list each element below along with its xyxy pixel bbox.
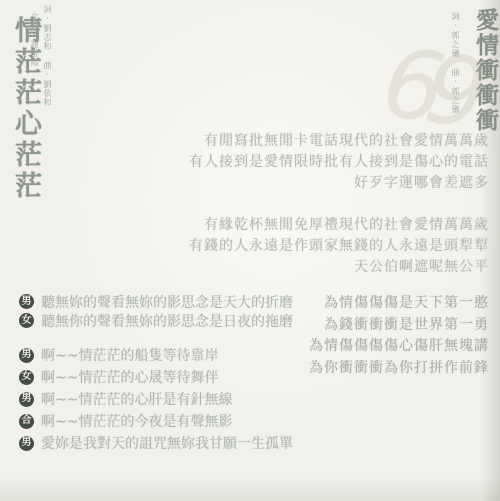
- lyric-line: 有緣乾杯無閒免厚禮現代的社會愛情萬萬歲: [189, 215, 489, 236]
- chorus-block-right: 為情傷傷傷是天下第一憨 為錢衝衝衝是世界第一勇 為情傷傷傷傷心傷肝無塊講 為你衝…: [309, 293, 489, 380]
- lyric-line: 為情傷傷傷是天下第一憨: [309, 293, 489, 315]
- duet-row: 男 愛妳是我對天的詛咒無妳我甘願一生孤單: [19, 432, 293, 454]
- song-left-credits-vocal: 女聲·謝雷霞: [29, 12, 40, 152]
- lyric-line: 為情傷傷傷傷心傷肝無塊講: [309, 336, 489, 358]
- role-badge-male: 男: [19, 436, 34, 451]
- lyric-line: 啊~~情茫茫的船隻等待靠岸: [41, 345, 218, 365]
- lyric-line: 愛妳是我對天的詛咒無妳我甘願一生孤單: [41, 433, 293, 453]
- lyric-line: 天公伯啊遮呢無公平: [189, 257, 489, 278]
- duet-block-1: 男 聽無妳的聲看無妳的影思念是天大的折磨 女 聽無你的聲看無妳的影思念是日夜的拖…: [19, 292, 293, 330]
- lyric-line: 聽無妳的聲看無妳的影思念是天大的折磨: [41, 292, 293, 312]
- lyric-line: 有錢的人永遠是作頭家無錢的人永遠是頭犁犁: [189, 236, 489, 257]
- lyric-line: 好歹字運哪會差遮多: [189, 173, 489, 194]
- song-left-credits-writer: 詞·劉志和 曲·劉依和: [42, 5, 53, 165]
- duet-row: 男 啊~~情茫茫的心肝是有針無線: [19, 388, 293, 410]
- role-badge-together: 合: [19, 414, 34, 429]
- lyric-line: 為錢衝衝衝是世界第一勇: [309, 315, 489, 337]
- duet-row: 女 聽無你的聲看無妳的影思念是日夜的拖磨: [19, 311, 293, 330]
- verse-block-1: 有閒寫批無閒卡電話現代的社會愛情萬萬歲 有人接到是愛情限時批有人接到是傷心的電話…: [189, 131, 489, 194]
- role-badge-male: 男: [19, 348, 34, 363]
- lyric-line: 有人接到是愛情限時批有人接到是傷心的電話: [189, 152, 489, 173]
- duet-block-2: 男 啊~~情茫茫的船隻等待靠岸 女 啊~~情茫茫的心晟等待舞伴 男 啊~~情茫茫…: [19, 344, 293, 454]
- lyric-line: 聽無你的聲看無妳的影思念是日夜的拖磨: [41, 311, 293, 331]
- role-badge-male: 男: [19, 294, 34, 309]
- song-title-right: 愛情衝衝衝: [469, 8, 500, 148]
- lyric-line: 有閒寫批無閒卡電話現代的社會愛情萬萬歲: [189, 131, 489, 152]
- duet-row: 女 啊~~情茫茫的心晟等待舞伴: [19, 366, 293, 388]
- lyric-line: 啊~~情茫茫的今夜是有聲無影: [41, 411, 232, 431]
- duet-row: 男 聽無妳的聲看無妳的影思念是天大的折磨: [19, 292, 293, 311]
- role-badge-male: 男: [19, 392, 34, 407]
- duet-row: 合 啊~~情茫茫的今夜是有聲無影: [19, 410, 293, 432]
- role-badge-female: 女: [19, 313, 34, 328]
- lyric-line: 啊~~情茫茫的心晟等待舞伴: [41, 367, 218, 387]
- verse-block-2: 有緣乾杯無閒免厚禮現代的社會愛情萬萬歲 有錢的人永遠是作頭家無錢的人永遠是頭犁犁…: [189, 215, 489, 278]
- lyric-line: 啊~~情茫茫的心肝是有針無線: [41, 389, 232, 409]
- lyric-line: 為你衝衝衝為你打拼作前鋒: [309, 358, 489, 380]
- duet-row: 男 啊~~情茫茫的船隻等待靠岸: [19, 344, 293, 366]
- booklet-page: 情茫茫心茫茫 詞·劉志和 曲·劉依和 女聲·謝雷霞 愛情衝衝衝 詞·郭之儀 曲·…: [0, 0, 500, 501]
- role-badge-female: 女: [19, 370, 34, 385]
